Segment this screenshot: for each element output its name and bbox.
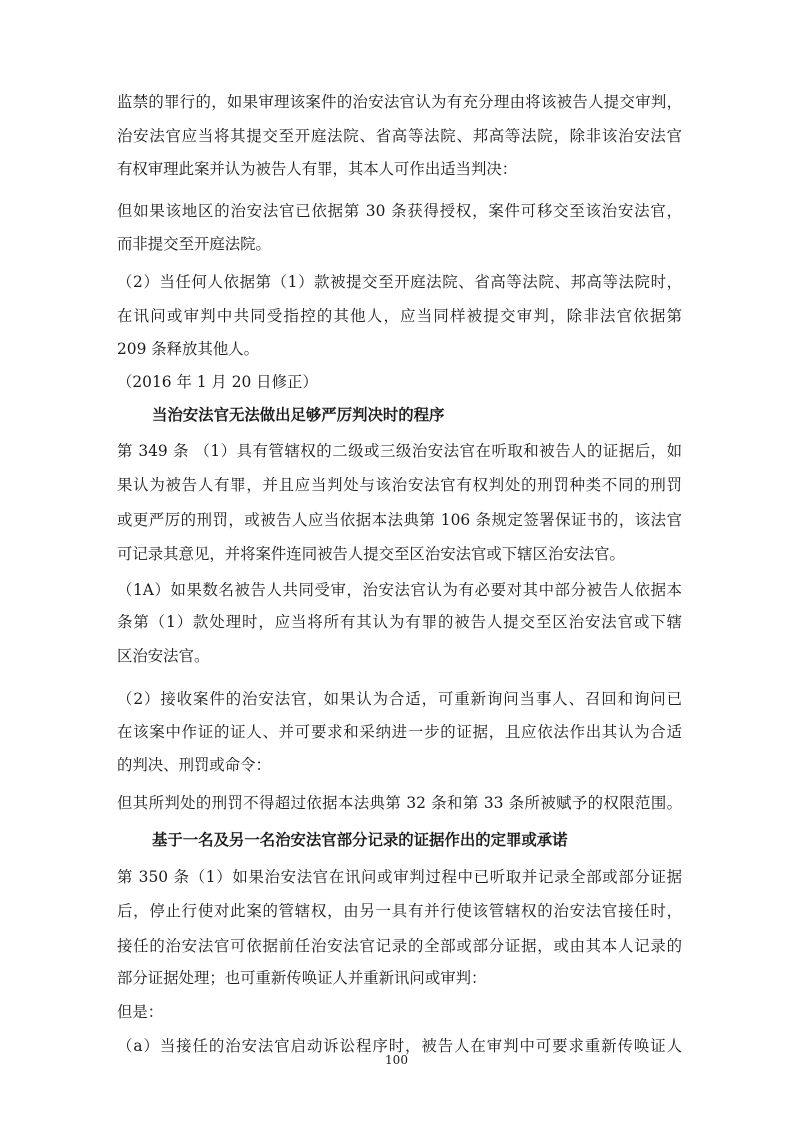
paragraph-line: 条第（1）款处理时，应当将所有其认为有罪的被告人提交至区治安法官或下辖 (117, 612, 682, 632)
paragraph-line: 但是： (117, 1002, 682, 1022)
paragraph-line: 果认为被告人有罪，并且应当判处与该治安法官有权判处的刑罚种类不同的刑罚 (117, 475, 682, 495)
paragraph-line: 监禁的罪行的，如果审理该案件的治安法官认为有充分理由将该被告人提交审判， (117, 92, 682, 112)
paragraph-line: 209 条释放其他人。 (117, 339, 682, 359)
paragraph-line: 的判决、刑罚或命令： (117, 755, 682, 775)
paragraph-line: 区治安法官。 (117, 646, 682, 666)
paragraph-line: 第 350 条（1）如果治安法官在讯问或审判过程中已听取并记录全部或部分证据 (117, 867, 682, 887)
paragraph-line: （1A）如果数名被告人共同受审，治安法官认为有必要对其中部分被告人依据本 (117, 580, 682, 600)
section-heading: 当治安法官无法做出足够严厉判决时的程序 (152, 405, 444, 425)
paragraph-line: 后，停止行使对此案的管辖权，由另一具有并行使该管辖权的治安法官接任时， (117, 901, 682, 921)
paragraph-line: 部分证据处理；也可重新传唤证人并重新讯问或审判： (117, 968, 682, 988)
amendment-note: （2016 年 1 月 20 日修正） (117, 372, 682, 392)
paragraph-line: 第 349 条 （1）具有管辖权的二级或三级治安法官在听取和被告人的证据后，如 (117, 441, 682, 461)
paragraph-line: 有权审理此案并认为被告人有罪，其本人可作出适当判决： (117, 159, 682, 179)
paragraph-line: 接任的治安法官可依据前任治安法官记录的全部或部分证据，或由其本人记录的 (117, 936, 682, 956)
paragraph-line: 但其所判处的刑罚不得超过依据本法典第 32 条和第 33 条所被赋予的权限范围。 (117, 793, 682, 813)
paragraph-line: 可记录其意见，并将案件连同被告人提交至区治安法官或下辖区治安法官。 (117, 544, 682, 564)
paragraph-line: （2）当任何人依据第（1）款被提交至开庭法院、省高等法院、邦高等法院时， (117, 272, 682, 292)
document-page: 监禁的罪行的，如果审理该案件的治安法官认为有充分理由将该被告人提交审判， 治安法… (0, 0, 793, 1122)
paragraph-line: 在该案中作证的证人、并可要求和采纳进一步的证据，且应依法作出其认为合适 (117, 722, 682, 742)
paragraph-line: 或更严厉的刑罚，或被告人应当依据本法典第 106 条规定签署保证书的，该法官 (117, 510, 682, 530)
section-heading: 基于一名及另一名治安法官部分记录的证据作出的定罪或承诺 (152, 830, 568, 850)
paragraph-line: 治安法官应当将其提交至开庭法院、省高等法院、邦高等法院，除非该治安法官 (117, 126, 682, 146)
paragraph-line: 但如果该地区的治安法官已依据第 30 条获得授权，案件可移交至该治安法官， (117, 201, 682, 221)
paragraph-line: （2）接收案件的治安法官，如果认为合适，可重新询问当事人、召回和询问已 (117, 689, 682, 709)
paragraph-line: 在讯问或审判中共同受指控的其他人，应当同样被提交审判，除非法官依据第 (117, 306, 682, 326)
page-number: 100 (0, 1052, 793, 1068)
paragraph-line: 而非提交至开庭法院。 (117, 234, 682, 254)
